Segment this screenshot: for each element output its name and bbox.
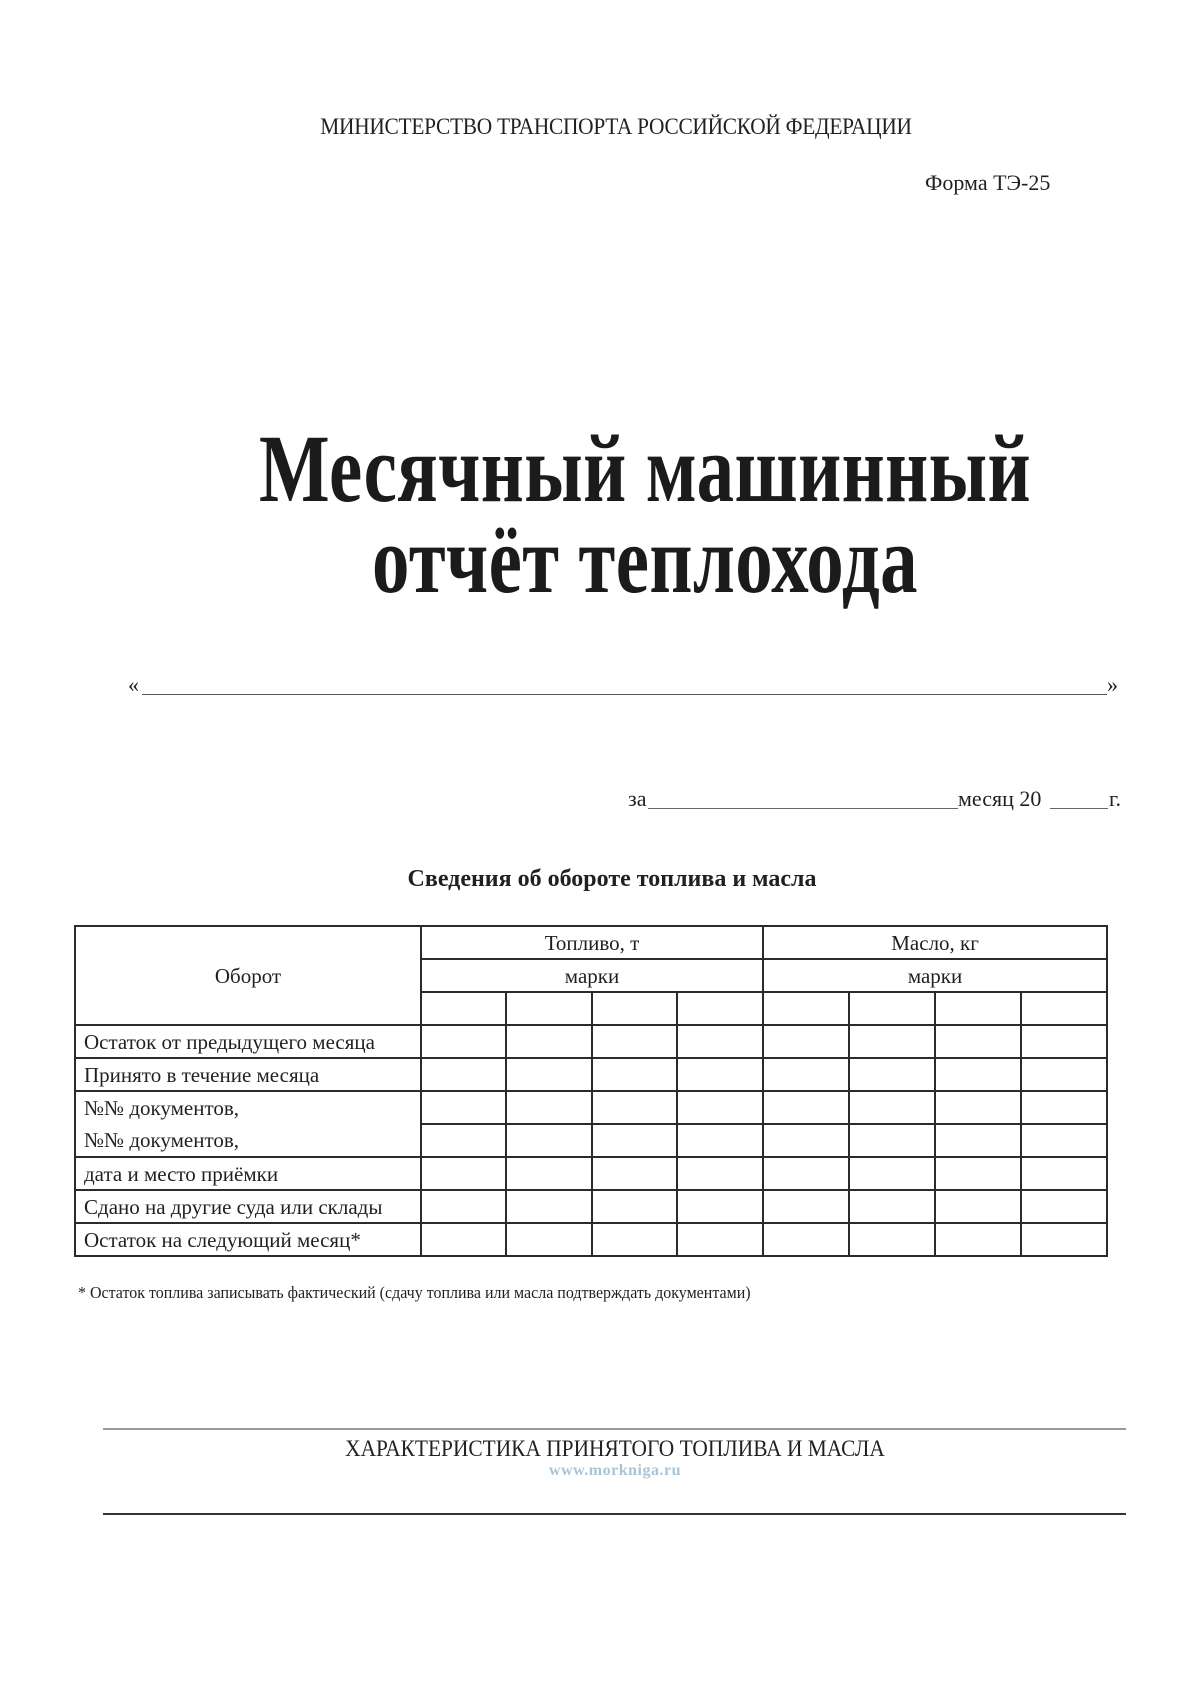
- fuel-value-cell[interactable]: [592, 1190, 677, 1223]
- oil-value-cell[interactable]: [1021, 1091, 1107, 1124]
- header-oil-grades: марки: [763, 959, 1107, 992]
- characteristics-bottom-rule: [103, 1513, 1126, 1515]
- oil-grade-cell[interactable]: [849, 992, 935, 1025]
- oil-value-cell[interactable]: [763, 1091, 849, 1124]
- oil-value-cell[interactable]: [935, 1190, 1021, 1223]
- oil-value-cell[interactable]: [763, 1124, 849, 1157]
- table-row: №№ документов,: [75, 1091, 1107, 1124]
- turnover-table: Оборот Топливо, т Масло, кг марки марки …: [74, 925, 1108, 1257]
- oil-value-cell[interactable]: [763, 1157, 849, 1190]
- fuel-grade-cell[interactable]: [592, 992, 677, 1025]
- year-field[interactable]: [1050, 808, 1108, 809]
- period-suffix: г.: [1109, 786, 1121, 812]
- table-row: Сдано на другие суда или склады: [75, 1190, 1107, 1223]
- fuel-value-cell[interactable]: [677, 1157, 763, 1190]
- header-fuel: Топливо, т: [421, 926, 763, 959]
- fuel-value-cell[interactable]: [677, 1091, 763, 1124]
- turnover-section-title: Сведения об обороте топлива и масла: [0, 866, 1200, 893]
- fuel-value-cell[interactable]: [421, 1157, 506, 1190]
- header-row-1: Оборот Топливо, т Масло, кг: [75, 926, 1107, 959]
- oil-value-cell[interactable]: [763, 1223, 849, 1256]
- ministry-header: МИНИСТЕРСТВО ТРАНСПОРТА РОССИЙСКОЙ ФЕДЕР…: [43, 114, 1189, 140]
- oil-value-cell[interactable]: [763, 1058, 849, 1091]
- fuel-grade-cell[interactable]: [506, 992, 592, 1025]
- vessel-name-field[interactable]: [142, 694, 1107, 695]
- fuel-value-cell[interactable]: [421, 1091, 506, 1124]
- document-title-line-1: Месячный машинный: [142, 421, 1148, 517]
- oil-value-cell[interactable]: [935, 1124, 1021, 1157]
- row-label: Остаток от предыдущего месяца: [75, 1025, 421, 1058]
- oil-value-cell[interactable]: [849, 1025, 935, 1058]
- header-row-label: Оборот: [75, 926, 421, 1025]
- watermark: www.morkniga.ru: [0, 1462, 1200, 1480]
- oil-value-cell[interactable]: [849, 1190, 935, 1223]
- header-oil: Масло, кг: [763, 926, 1107, 959]
- vessel-close-quote: »: [1107, 672, 1118, 698]
- oil-value-cell[interactable]: [849, 1058, 935, 1091]
- turnover-footnote: * Остаток топлива записывать фактический…: [78, 1283, 751, 1303]
- document-title-line-2: отчёт теплохода: [142, 512, 1148, 608]
- fuel-value-cell[interactable]: [677, 1223, 763, 1256]
- oil-value-cell[interactable]: [935, 1157, 1021, 1190]
- oil-value-cell[interactable]: [935, 1091, 1021, 1124]
- fuel-value-cell[interactable]: [506, 1190, 592, 1223]
- fuel-value-cell[interactable]: [421, 1223, 506, 1256]
- oil-value-cell[interactable]: [1021, 1025, 1107, 1058]
- row-label: Сдано на другие суда или склады: [75, 1190, 421, 1223]
- header-fuel-grades: марки: [421, 959, 763, 992]
- row-label: №№ документов,: [75, 1124, 421, 1157]
- fuel-value-cell[interactable]: [421, 1124, 506, 1157]
- oil-value-cell[interactable]: [1021, 1190, 1107, 1223]
- oil-value-cell[interactable]: [849, 1157, 935, 1190]
- month-field[interactable]: [648, 808, 958, 809]
- fuel-value-cell[interactable]: [592, 1223, 677, 1256]
- fuel-value-cell[interactable]: [506, 1058, 592, 1091]
- fuel-value-cell[interactable]: [592, 1091, 677, 1124]
- oil-value-cell[interactable]: [935, 1223, 1021, 1256]
- table-row: №№ документов,: [75, 1124, 1107, 1157]
- oil-value-cell[interactable]: [763, 1190, 849, 1223]
- oil-value-cell[interactable]: [849, 1223, 935, 1256]
- fuel-value-cell[interactable]: [592, 1025, 677, 1058]
- characteristics-title: ХАРАКТЕРИСТИКА ПРИНЯТОГО ТОПЛИВА И МАСЛА: [43, 1436, 1187, 1462]
- oil-value-cell[interactable]: [1021, 1058, 1107, 1091]
- oil-value-cell[interactable]: [849, 1091, 935, 1124]
- table-row: Остаток от предыдущего месяца: [75, 1025, 1107, 1058]
- fuel-value-cell[interactable]: [677, 1025, 763, 1058]
- row-label: №№ документов,: [75, 1091, 421, 1124]
- fuel-value-cell[interactable]: [592, 1124, 677, 1157]
- fuel-grade-cell[interactable]: [677, 992, 763, 1025]
- fuel-value-cell[interactable]: [506, 1091, 592, 1124]
- oil-value-cell[interactable]: [935, 1025, 1021, 1058]
- period-month-label: месяц 20: [958, 786, 1041, 812]
- oil-grade-cell[interactable]: [1021, 992, 1107, 1025]
- vessel-open-quote: «: [128, 672, 139, 698]
- oil-value-cell[interactable]: [1021, 1124, 1107, 1157]
- fuel-grade-cell[interactable]: [421, 992, 506, 1025]
- characteristics-top-rule: [103, 1428, 1126, 1430]
- fuel-value-cell[interactable]: [677, 1058, 763, 1091]
- oil-grade-cell[interactable]: [935, 992, 1021, 1025]
- form-code: Форма ТЭ-25: [925, 170, 1050, 196]
- fuel-value-cell[interactable]: [506, 1157, 592, 1190]
- oil-value-cell[interactable]: [1021, 1223, 1107, 1256]
- row-label: Принято в течение месяца: [75, 1058, 421, 1091]
- table-row: Остаток на следующий месяц*: [75, 1223, 1107, 1256]
- table-row: Принято в течение месяца: [75, 1058, 1107, 1091]
- oil-value-cell[interactable]: [1021, 1157, 1107, 1190]
- fuel-value-cell[interactable]: [421, 1058, 506, 1091]
- fuel-value-cell[interactable]: [677, 1124, 763, 1157]
- fuel-value-cell[interactable]: [677, 1190, 763, 1223]
- oil-grade-cell[interactable]: [763, 992, 849, 1025]
- fuel-value-cell[interactable]: [506, 1223, 592, 1256]
- oil-value-cell[interactable]: [935, 1058, 1021, 1091]
- fuel-value-cell[interactable]: [592, 1058, 677, 1091]
- oil-value-cell[interactable]: [849, 1124, 935, 1157]
- fuel-value-cell[interactable]: [592, 1157, 677, 1190]
- table-row: дата и место приёмки: [75, 1157, 1107, 1190]
- fuel-value-cell[interactable]: [421, 1025, 506, 1058]
- row-label: дата и место приёмки: [75, 1157, 421, 1190]
- row-label: Остаток на следующий месяц*: [75, 1223, 421, 1256]
- fuel-value-cell[interactable]: [506, 1124, 592, 1157]
- fuel-value-cell[interactable]: [506, 1025, 592, 1058]
- period-prefix: за: [628, 786, 646, 812]
- fuel-value-cell[interactable]: [421, 1190, 506, 1223]
- oil-value-cell[interactable]: [763, 1025, 849, 1058]
